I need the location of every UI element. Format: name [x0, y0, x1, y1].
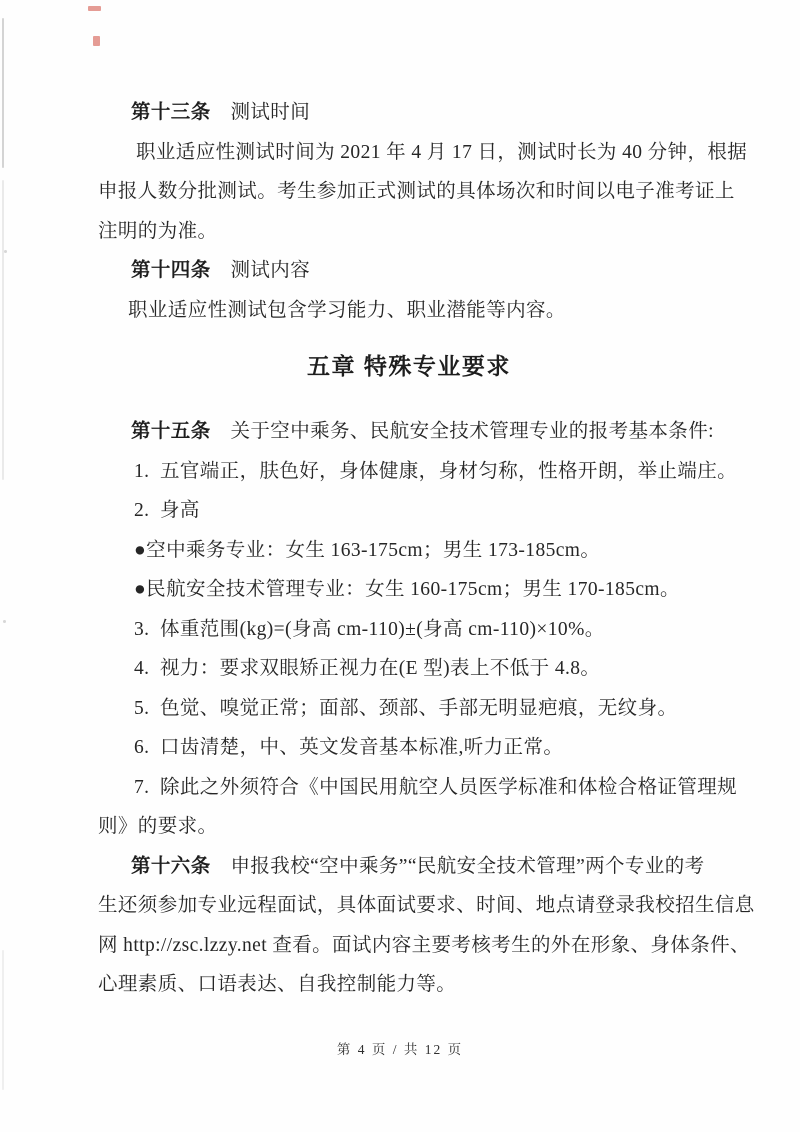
scan-edge-line	[2, 180, 4, 480]
page-number-footer: 第 4 页 / 共 12 页	[0, 1038, 800, 1058]
article-number-label: 第十六条	[131, 856, 211, 877]
scan-speck	[3, 620, 6, 623]
paragraph-line: 职业适应性测试时间为 2021 年 4 月 17 日，测试时长为 40 分钟，根…	[98, 133, 720, 173]
text-segment: 生还须参加专业远程面试，具体面试要求、时间、地点请登录我校招生信息	[98, 895, 755, 916]
text-segment: 申报我校“空中乘务”“民航安全技术管理”两个专业的考	[211, 856, 705, 877]
text-segment: 申报人数分批测试。考生参加正式测试的具体场次和时间以电子准考证上	[98, 181, 735, 202]
text-segment: 职业适应性测试时间为 2021 年 4 月 17 日，测试时长为 40 分钟，根…	[136, 142, 747, 163]
list-item-1: 1. 五官端正，肤色好，身体健康，身材匀称，性格开朗，举止端庄。	[98, 452, 720, 492]
chapter-5-heading: 五章 特殊专业要求	[98, 346, 720, 386]
list-item-4: 4. 视力：要求双眼矫正视力在(E 型)表上不低于 4.8。	[98, 649, 720, 689]
scan-edge-line	[2, 18, 4, 168]
paragraph-line: 生还须参加专业远程面试，具体面试要求、时间、地点请登录我校招生信息	[98, 886, 720, 926]
paragraph-line: 申报人数分批测试。考生参加正式测试的具体场次和时间以电子准考证上	[98, 172, 720, 212]
text-segment: 关于空中乘务、民航安全技术管理专业的报考基本条件:	[211, 421, 714, 442]
paragraph-line: 职业适应性测试包含学习能力、职业潜能等内容。	[98, 291, 720, 331]
article-13-heading: 第十三条 测试时间	[98, 93, 720, 133]
paragraph-line: 则》的要求。	[98, 807, 720, 847]
article-number-label: 第十四条	[131, 260, 211, 281]
list-item-5: 5. 色觉、嗅觉正常；面部、颈部、手部无明显疤痕，无纹身。	[98, 689, 720, 729]
text-segment: 测试内容	[211, 260, 311, 281]
paragraph-line: 网 http://zsc.lzzy.net 查看。面试内容主要考核考生的外在形象…	[98, 926, 720, 966]
scan-speck	[4, 250, 7, 253]
text-segment: 4. 视力：要求双眼矫正视力在(E 型)表上不低于 4.8。	[134, 658, 600, 679]
red-mark-artifact	[88, 6, 101, 11]
text-segment: 1. 五官端正，肤色好，身体健康，身材匀称，性格开朗，举止端庄。	[134, 461, 737, 482]
bullet-item-aviation-safety: ●民航安全技术管理专业：女生 160-175cm；男生 170-185cm。	[98, 570, 720, 610]
text-segment: 则》的要求。	[98, 816, 217, 837]
document-body: 第十三条 测试时间职业适应性测试时间为 2021 年 4 月 17 日，测试时长…	[98, 93, 720, 1005]
scanned-document-page: 第十三条 测试时间职业适应性测试时间为 2021 年 4 月 17 日，测试时长…	[0, 0, 800, 1132]
scan-edge-line	[2, 950, 4, 1090]
article-14-heading: 第十四条 测试内容	[98, 251, 720, 291]
text-segment: 网 http://zsc.lzzy.net 查看。面试内容主要考核考生的外在形象…	[98, 935, 750, 956]
article-number-label: 五章 特殊专业要求	[307, 353, 511, 379]
text-segment: ●民航安全技术管理专业：女生 160-175cm；男生 170-185cm。	[134, 579, 680, 600]
text-segment: ●空中乘务专业：女生 163-175cm；男生 173-185cm。	[134, 540, 600, 561]
text-segment: 注明的为准。	[98, 221, 217, 242]
text-segment: 职业适应性测试包含学习能力、职业潜能等内容。	[128, 300, 566, 321]
list-item-2: 2. 身高	[98, 491, 720, 531]
text-segment: 5. 色觉、嗅觉正常；面部、颈部、手部无明显疤痕，无纹身。	[134, 698, 677, 719]
article-number-label: 第十五条	[131, 421, 211, 442]
list-item-3: 3. 体重范围(kg)=(身高 cm-110)±(身高 cm-110)×10%。	[98, 610, 720, 650]
list-item-7: 7. 除此之外须符合《中国民用航空人员医学标准和体检合格证管理规	[98, 768, 720, 808]
article-15-heading: 第十五条 关于空中乘务、民航安全技术管理专业的报考基本条件:	[98, 412, 720, 452]
paragraph-line: 心理素质、口语表达、自我控制能力等。	[98, 965, 720, 1005]
text-segment: 7. 除此之外须符合《中国民用航空人员医学标准和体检合格证管理规	[134, 777, 737, 798]
paragraph-line: 注明的为准。	[98, 212, 720, 252]
text-segment: 6. 口齿清楚，中、英文发音基本标准,听力正常。	[134, 737, 563, 758]
bullet-item-cabin-crew: ●空中乘务专业：女生 163-175cm；男生 173-185cm。	[98, 531, 720, 571]
article-number-label: 第十三条	[131, 102, 211, 123]
red-mark-artifact	[93, 36, 100, 46]
text-segment: 3. 体重范围(kg)=(身高 cm-110)±(身高 cm-110)×10%。	[134, 619, 605, 640]
list-item-6: 6. 口齿清楚，中、英文发音基本标准,听力正常。	[98, 728, 720, 768]
text-segment: 测试时间	[211, 102, 311, 123]
article-16-heading: 第十六条 申报我校“空中乘务”“民航安全技术管理”两个专业的考	[98, 847, 720, 887]
text-segment: 2. 身高	[134, 500, 200, 521]
text-segment: 心理素质、口语表达、自我控制能力等。	[98, 974, 456, 995]
